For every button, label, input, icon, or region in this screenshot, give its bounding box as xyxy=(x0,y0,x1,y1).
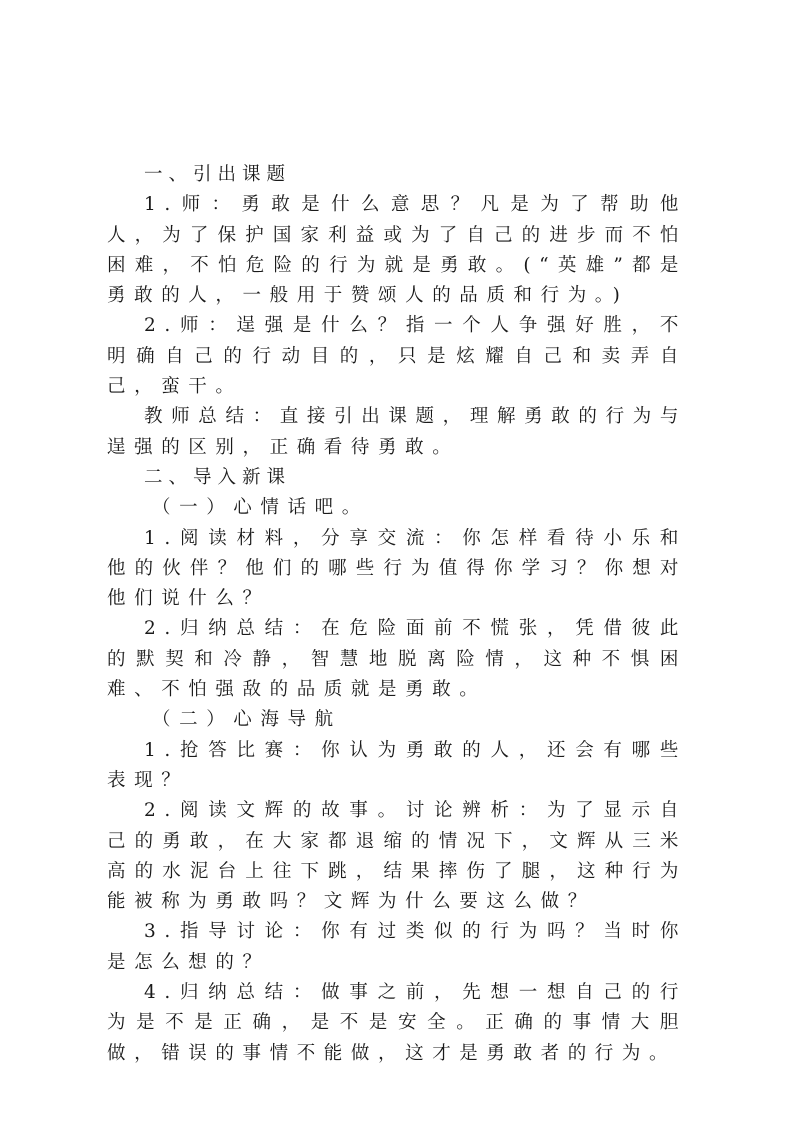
paragraph: 1.阅读材料，分享交流：你怎样看待小乐和他的伙伴？他们的哪些行为值得你学习？你想… xyxy=(107,524,687,615)
subsection-title-1: （一）心情话吧。 xyxy=(107,493,687,523)
teacher-summary: 教师总结：直接引出课题，理解勇敢的行为与逞强的区别，正确看待勇敢。 xyxy=(107,402,687,463)
paragraph: 2.阅读文辉的故事。讨论辨析：为了显示自己的勇敢，在大家都退缩的情况下，文辉从三… xyxy=(107,796,687,917)
section-heading-2: 二、导入新课 xyxy=(107,463,687,493)
paragraph: 4.归纳总结：做事之前，先想一想自己的行为是不是正确，是不是安全。正确的事情大胆… xyxy=(107,978,687,1069)
paragraph: 2.师：逞强是什么？指一个人争强好胜，不明确自己的行动目的，只是炫耀自己和卖弄自… xyxy=(107,311,687,402)
paragraph: 2.归纳总结：在危险面前不慌张，凭借彼此的默契和冷静，智慧地脱离险情，这种不惧困… xyxy=(107,614,687,705)
paragraph: 1.抢答比赛：你认为勇敢的人，还会有哪些表现？ xyxy=(107,736,687,797)
section-heading-1: 一、引出课题 xyxy=(107,160,687,190)
paragraph: 1.师：勇敢是什么意思？凡是为了帮助他人，为了保护国家利益或为了自己的进步而不怕… xyxy=(107,190,687,311)
document-page: 一、引出课题 1.师：勇敢是什么意思？凡是为了帮助他人，为了保护国家利益或为了自… xyxy=(107,160,687,1069)
subsection-title-2: （二）心海导航 xyxy=(107,705,687,735)
paragraph: 3.指导讨论：你有过类似的行为吗？当时你是怎么想的？ xyxy=(107,917,687,978)
